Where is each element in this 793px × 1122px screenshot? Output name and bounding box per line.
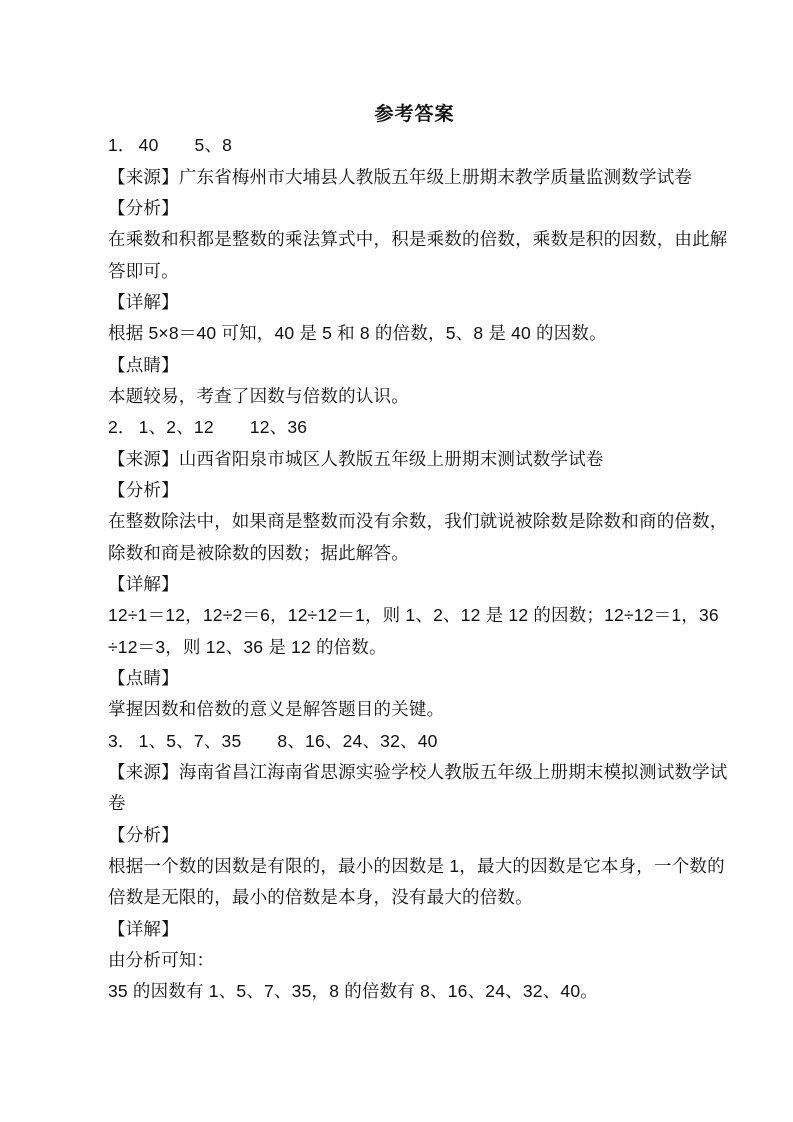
item3-analysis-label: 【分析】 <box>108 820 721 851</box>
item2-analysis-line2: 除数和商是被除数的因数；据此解答。 <box>108 538 721 569</box>
document-content: 参考答案 1．405、8 【来源】广东省梅州市大埔县人教版五年级上册期末教学质量… <box>108 99 721 1008</box>
item1-source-text: 广东省梅州市大埔县人教版五年级上册期末教学质量监测数学试卷 <box>179 167 692 187</box>
item1-number: 1． <box>108 135 136 155</box>
item2-source-line: 【来源】山西省阳泉市城区人教版五年级上册期末测试数学试卷 <box>108 444 721 475</box>
item3-source-line1: 【来源】海南省昌江海南省思源实验学校人教版五年级上册期末模拟测试数学试 <box>108 757 721 788</box>
item2-detail-line1: 12÷1＝12，12÷2＝6，12÷12＝1，则 1、2、12 是 12 的因数… <box>108 600 721 631</box>
item2-analysis-label: 【分析】 <box>108 475 721 506</box>
item2-number: 2． <box>108 417 136 437</box>
item2-answer-line: 2．1、2、1212、36 <box>108 412 721 443</box>
document-page: 参考答案 1．405、8 【来源】广东省梅州市大埔县人教版五年级上册期末教学质量… <box>0 0 793 1122</box>
item3-detail-label: 【详解】 <box>108 914 721 945</box>
item1-analysis-label: 【分析】 <box>108 193 721 224</box>
answer-separator <box>214 432 250 433</box>
item2-source-text: 山西省阳泉市城区人教版五年级上册期末测试数学试卷 <box>179 449 604 469</box>
item1-analysis-line1: 在乘数和积都是整数的乘法算式中，积是乘数的倍数，乘数是积的因数，由此解 <box>108 224 721 255</box>
item3-source-text-line1: 海南省昌江海南省思源实验学校人教版五年级上册期末模拟测试数学试 <box>179 762 728 782</box>
item2-answer-2: 12、36 <box>250 417 307 437</box>
item3-detail-line1: 由分析可知： <box>108 945 721 976</box>
item1-source-label: 【来源】 <box>108 167 179 187</box>
item2-analysis-line1: 在整数除法中，如果商是整数而没有余数，我们就说被除数是除数和商的倍数， <box>108 506 721 537</box>
item3-source-label: 【来源】 <box>108 762 179 782</box>
item1-detail-label: 【详解】 <box>108 287 721 318</box>
item2-detail-label: 【详解】 <box>108 569 721 600</box>
item3-answer-1: 1、5、7、35 <box>139 731 242 751</box>
item1-detail-line1: 根据 5×8＝40 可知，40 是 5 和 8 的倍数，5、8 是 40 的因数… <box>108 318 721 349</box>
item3-detail-line2: 35 的因数有 1、5、7、35，8 的倍数有 8、16、24、32、40。 <box>108 976 721 1007</box>
item1-highlight-line1: 本题较易，考查了因数与倍数的认识。 <box>108 381 721 412</box>
item3-analysis-line2: 倍数是无限的，最小的倍数是本身，没有最大的倍数。 <box>108 882 721 913</box>
item3-analysis-line1: 根据一个数的因数是有限的，最小的因数是 1，最大的因数是它本身，一个数的 <box>108 851 721 882</box>
item2-detail-line2: ÷12＝3，则 12、36 是 12 的倍数。 <box>108 632 721 663</box>
item3-answer-2: 8、16、24、32、40 <box>277 731 437 751</box>
document-title: 参考答案 <box>108 99 721 130</box>
item3-number: 3． <box>108 731 136 751</box>
item1-answer-line: 1．405、8 <box>108 130 721 161</box>
item1-highlight-label: 【点睛】 <box>108 350 721 381</box>
item1-analysis-line2: 答即可。 <box>108 256 721 287</box>
answer-separator <box>241 746 277 747</box>
item3-source-line2: 卷 <box>108 788 721 819</box>
answer-separator <box>159 150 195 151</box>
item1-answer-2: 5、8 <box>195 135 233 155</box>
item2-highlight-label: 【点睛】 <box>108 663 721 694</box>
item1-source-line: 【来源】广东省梅州市大埔县人教版五年级上册期末教学质量监测数学试卷 <box>108 162 721 193</box>
item3-answer-line: 3．1、5、7、358、16、24、32、40 <box>108 726 721 757</box>
item1-answer-1: 40 <box>139 135 159 155</box>
item2-answer-1: 1、2、12 <box>139 417 214 437</box>
item2-highlight-line1: 掌握因数和倍数的意义是解答题目的关键。 <box>108 694 721 725</box>
item2-source-label: 【来源】 <box>108 449 179 469</box>
